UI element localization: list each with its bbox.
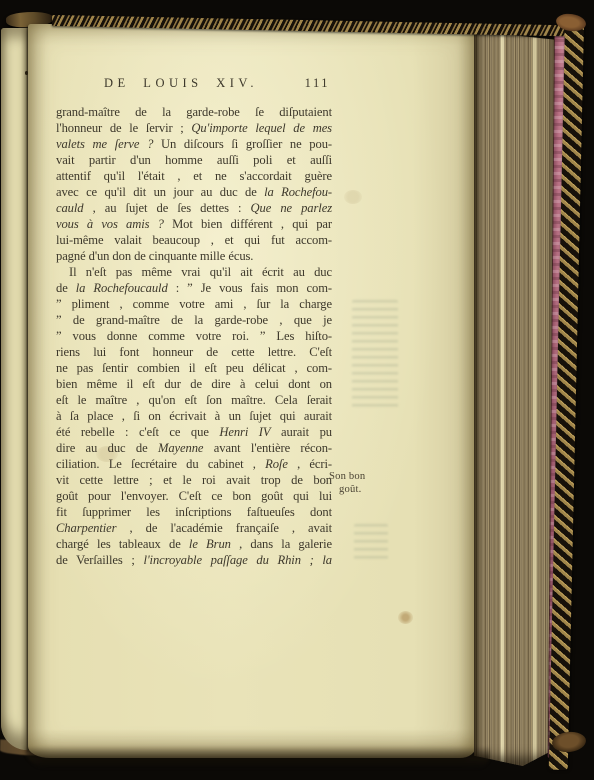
- paper-stain: [344, 190, 362, 204]
- text-line: vous à vos amis ? Mot bien différent , q…: [56, 216, 332, 232]
- text-line: dire au duc de Mayenne avant l'entière r…: [56, 440, 332, 456]
- text-line: attentif qu'il l'était , et ne s'accorda…: [56, 168, 332, 184]
- text-line: Charpentier , de l'académie françaiſe , …: [56, 520, 332, 536]
- text-line: de la Rochefoucauld : ” Je vous fais mon…: [56, 280, 332, 296]
- fore-edge-pages: [474, 26, 558, 766]
- show-through-smudge: [352, 300, 398, 410]
- text-line: vait partir d'un homme auſſi poli et auſ…: [56, 152, 332, 168]
- text-line: l'honneur de le ſervir ; Qu'importe lequ…: [56, 120, 332, 136]
- margin-note-line: goût.: [329, 483, 391, 496]
- text-line: ” pliment , comme votre ami , ſur la cha…: [56, 296, 332, 312]
- text-line: goût pour l'envoyer. C'eſt ce bon goût q…: [56, 488, 332, 504]
- show-through-smudge: [354, 524, 388, 564]
- text-line: été rebelle : c'eſt ce que Henri IV aura…: [56, 424, 332, 440]
- text-line: de Verſailles ; l'incroyable paſſage du …: [56, 552, 332, 568]
- margin-note: Son bon goût.: [329, 470, 391, 496]
- text-line: vit cette lettre ; et le roi avait trop …: [56, 472, 332, 488]
- book-scan: DE LOUIS XIV. 111 grand-maître de la gar…: [0, 0, 594, 780]
- text-line: valets me ſerve ? Un diſcours ſi groſſie…: [56, 136, 332, 152]
- page-header: DE LOUIS XIV. 111: [56, 76, 332, 92]
- margin-note-line: Son bon: [329, 470, 391, 483]
- text-line: ” vous donne comme votre roi. ” Les hiſt…: [56, 328, 332, 344]
- running-title: DE LOUIS XIV.: [56, 76, 332, 91]
- page-bottom-shadow: [24, 746, 490, 768]
- page-number: 111: [305, 76, 330, 91]
- text-line: avec ce qu'il dit un jour au duc de la R…: [56, 184, 332, 200]
- text-line: chargé les tableaux de le Brun , dans la…: [56, 536, 332, 552]
- text-line: cauld , au ſujet de ſes dettes : Que ne …: [56, 200, 332, 216]
- text-line: riens lui font honneur de cette lettre. …: [56, 344, 332, 360]
- text-line: eſt le maître , qu'on eſt ſon maître. Ce…: [56, 392, 332, 408]
- text-line: Il n'eſt pas même vrai qu'il ait écrit a…: [56, 264, 332, 280]
- text-line: pagné d'un don de cinquante mille écus.: [56, 248, 332, 264]
- text-line: fit ſupprimer les inſcriptions faſtueuſe…: [56, 504, 332, 520]
- body-text: grand-maître de la garde-robe ſe diſputa…: [56, 104, 332, 568]
- facing-page-edge: [1, 28, 29, 750]
- text-line: grand-maître de la garde-robe ſe diſputa…: [56, 104, 332, 120]
- text-line: à ſa place , ſi on écrivait à un ſujet q…: [56, 408, 332, 424]
- text-line: lui-même valait beaucoup , et qui fut ac…: [56, 232, 332, 248]
- text-line: ” de grand-maître de la garde-robe , que…: [56, 312, 332, 328]
- paper-stain: [398, 611, 413, 624]
- text-line: bien même il eſt dur de dire à celui don…: [56, 376, 332, 392]
- text-line: ne pas ſentir combien il eſt peu délicat…: [56, 360, 332, 376]
- text-line: ciliation. Le ſecrétaire du cabinet , Ro…: [56, 456, 332, 472]
- paper-speck: [25, 71, 28, 75]
